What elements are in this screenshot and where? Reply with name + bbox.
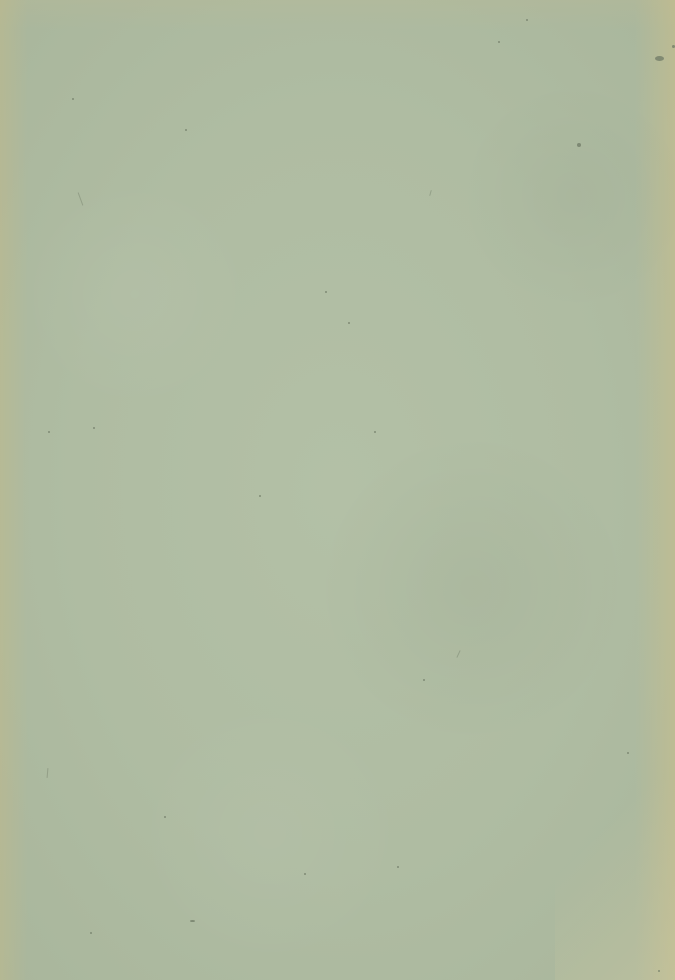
paper-speck <box>90 932 92 934</box>
paper-speck <box>627 752 629 754</box>
paper-speck <box>526 19 528 21</box>
paper-speck <box>48 431 50 433</box>
paper-corner-wear <box>555 780 675 980</box>
paper-speck <box>190 920 195 922</box>
paper-speck <box>72 98 74 100</box>
paper-speck <box>164 816 166 818</box>
paper-speck <box>325 291 327 293</box>
paper-speck <box>498 41 500 43</box>
paper-speck <box>423 679 425 681</box>
paper-speck <box>655 56 664 61</box>
paper-speck <box>374 431 376 433</box>
paper-speck <box>397 866 399 868</box>
blank-document-page <box>0 0 675 980</box>
paper-speck <box>304 873 306 875</box>
paper-speck <box>259 495 261 497</box>
paper-speck <box>658 970 660 972</box>
paper-speck <box>185 129 187 131</box>
paper-speck <box>93 427 95 429</box>
paper-speck <box>348 322 350 324</box>
paper-speck <box>577 143 581 147</box>
